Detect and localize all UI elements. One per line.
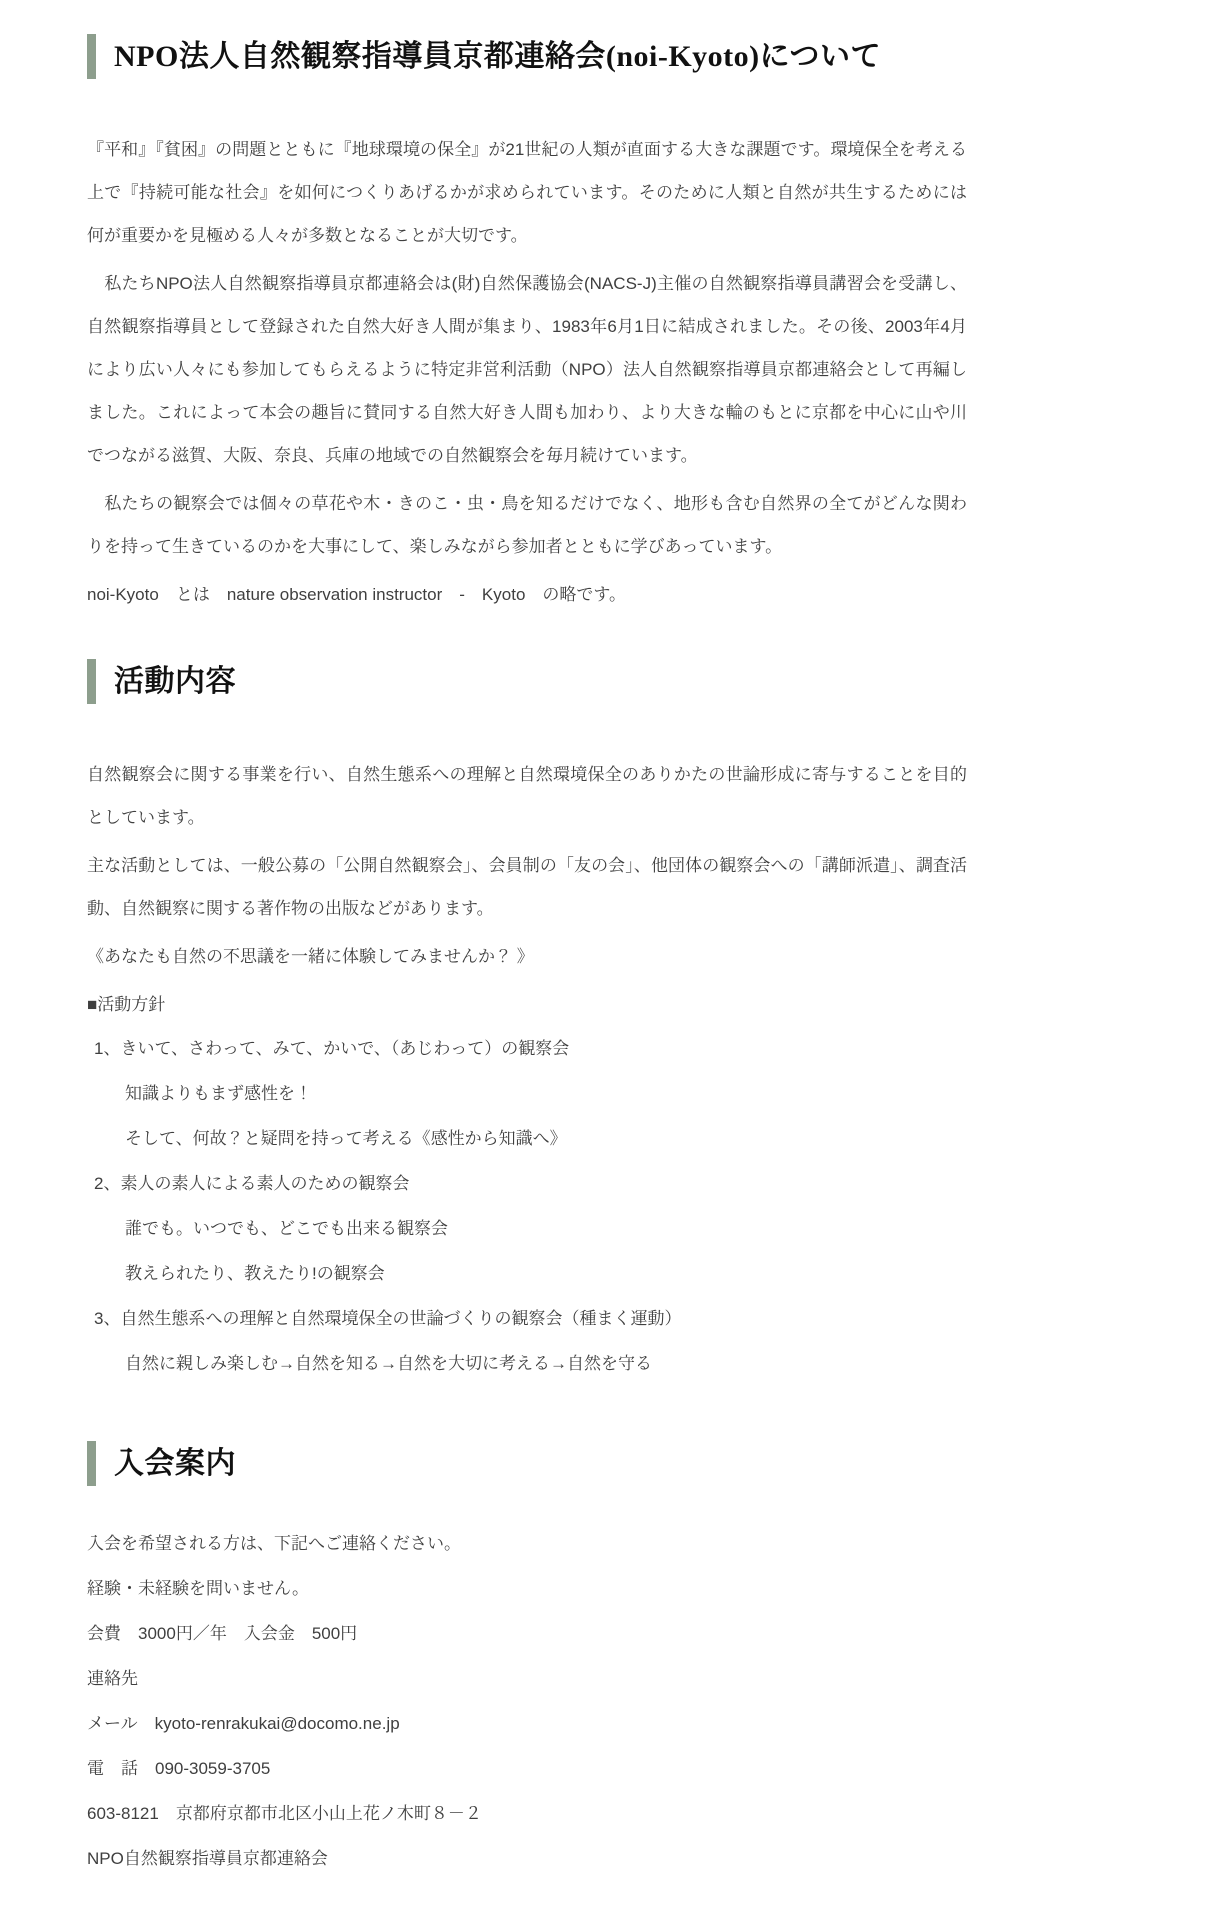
about-paragraph-3: 私たちの観察会では個々の草花や木・きのこ・虫・鳥を知るだけでなく、地形も含む自然… (87, 482, 967, 568)
policy-item-3-detail-1: 自然に親しみ楽しむ→自然を知る→自然を大切に考える→自然を守る (87, 1341, 967, 1386)
membership-org-name: NPO自然観察指導員京都連絡会 (87, 1836, 967, 1881)
activities-invitation: 《あなたも自然の不思議を一緒に体験してみませんか？ 》 (87, 935, 967, 978)
membership-body: 入会を希望される方は、下記へご連絡ください。 経験・未経験を問いません。 会費 … (87, 1521, 967, 1881)
section-membership: 入会案内 入会を希望される方は、下記へご連絡ください。 経験・未経験を問いません… (87, 1440, 967, 1881)
section-activities: 活動内容 自然観察会に関する事業を行い、自然生態系への理解と自然環境保全のありか… (87, 658, 967, 1386)
membership-experience-note: 経験・未経験を問いません。 (87, 1566, 967, 1611)
policy-item-1: 1、きいて、さわって、みて、かいで、（あじわって）の観察会 知識よりもまず感性を… (87, 1026, 967, 1161)
membership-phone: 電 話 090-3059-3705 (87, 1746, 967, 1791)
about-paragraph-2: 私たちNPO法人自然観察指導員京都連絡会は(財)自然保護協会(NACS-J)主催… (87, 262, 967, 477)
membership-heading-text: 入会案内 (114, 1447, 236, 1480)
policy-item-2-detail-1: 誰でも。いつでも、どこでも出来る観察会 (87, 1206, 967, 1251)
page-content: NPO法人自然観察指導員京都連絡会(noi-Kyoto)について 『平和』『貧困… (87, 0, 967, 1881)
about-noi-kyoto-note: noi-Kyoto とは nature observation instruct… (87, 573, 967, 616)
about-heading: NPO法人自然観察指導員京都連絡会(noi-Kyoto)について (87, 33, 967, 80)
policy-item-1-detail-1: 知識よりもまず感性を！ (87, 1071, 967, 1116)
section-about: NPO法人自然観察指導員京都連絡会(noi-Kyoto)について 『平和』『貧困… (87, 33, 967, 616)
policy-item-2: 2、素人の素人による素人のための観察会 誰でも。いつでも、どこでも出来る観察会 … (87, 1161, 967, 1296)
policy-item-1-title: 1、きいて、さわって、みて、かいで、（あじわって）の観察会 (87, 1026, 967, 1071)
policy-item-1-detail-2: そして、何故？と疑問を持って考える《感性から知識へ》 (87, 1116, 967, 1161)
membership-address: 603-8121 京都府京都市北区小山上花ノ木町８－２ (87, 1791, 967, 1836)
activities-heading-text: 活動内容 (114, 665, 236, 698)
heading-accent-bar (87, 1441, 96, 1486)
activities-main-activities: 主な活動としては、一般公募の「公開自然観察会」、会員制の「友の会」、他団体の観察… (87, 844, 967, 930)
about-body: 『平和』『貧困』の問題とともに『地球環境の保全』が21世紀の人類が直面する大きな… (87, 128, 967, 616)
membership-contact-note: 入会を希望される方は、下記へご連絡ください。 (87, 1521, 967, 1566)
heading-accent-bar (87, 659, 96, 704)
policy-item-3: 3、自然生態系への理解と自然環境保全の世論づくりの観察会（種まく運動） 自然に親… (87, 1296, 967, 1386)
membership-fee: 会費 3000円／年 入会金 500円 (87, 1611, 967, 1656)
activities-heading: 活動内容 (87, 658, 967, 705)
about-paragraph-1: 『平和』『貧困』の問題とともに『地球環境の保全』が21世紀の人類が直面する大きな… (87, 128, 967, 257)
heading-accent-bar (87, 34, 96, 79)
membership-email: メール kyoto-renrakukai@docomo.ne.jp (87, 1701, 967, 1746)
policy-title: ■活動方針 (87, 983, 967, 1026)
policy-item-3-title: 3、自然生態系への理解と自然環境保全の世論づくりの観察会（種まく運動） (87, 1296, 967, 1341)
policy-item-2-detail-2: 教えられたり、教えたり!の観察会 (87, 1251, 967, 1296)
activities-body: 自然観察会に関する事業を行い、自然生態系への理解と自然環境保全のありかたの世論形… (87, 753, 967, 1386)
policy-item-2-title: 2、素人の素人による素人のための観察会 (87, 1161, 967, 1206)
membership-heading: 入会案内 (87, 1440, 967, 1487)
membership-contact-label: 連絡先 (87, 1656, 967, 1701)
activities-purpose: 自然観察会に関する事業を行い、自然生態系への理解と自然環境保全のありかたの世論形… (87, 753, 967, 839)
about-heading-text: NPO法人自然観察指導員京都連絡会(noi-Kyoto)について (114, 40, 881, 73)
